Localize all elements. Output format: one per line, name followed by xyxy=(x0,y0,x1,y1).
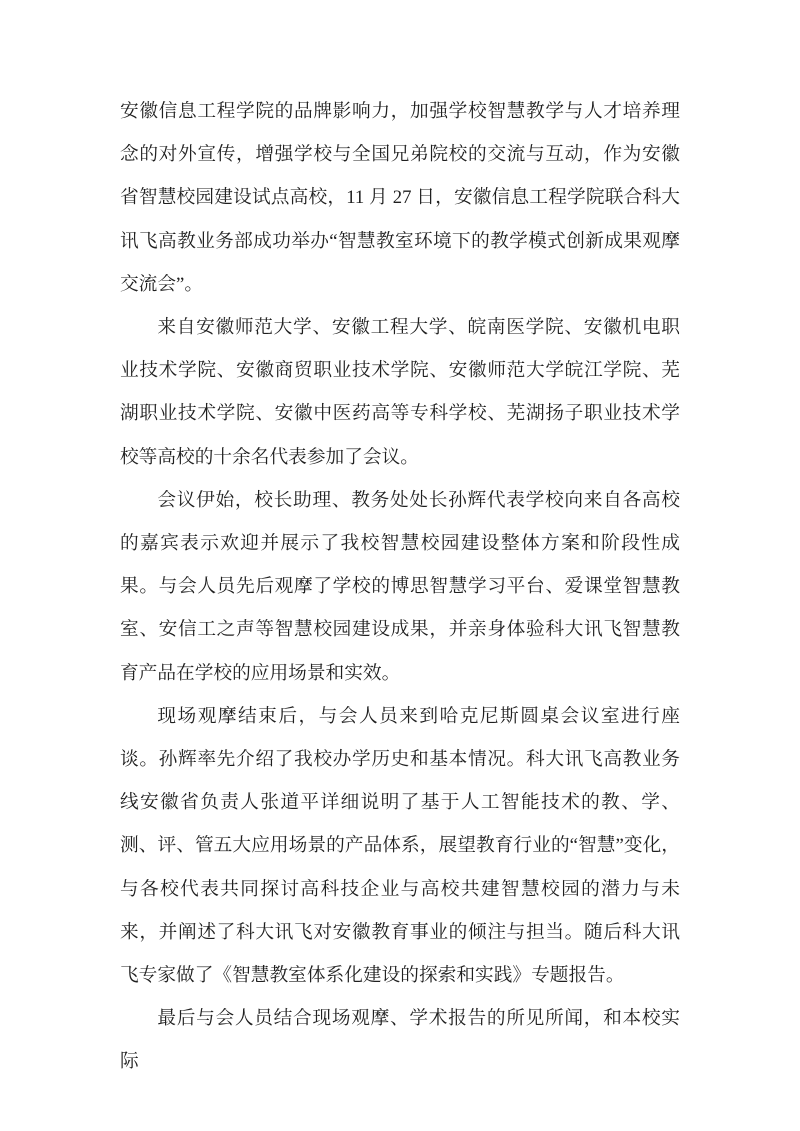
paragraph-2: 来自安徽师范大学、安徽工程大学、皖南医学院、安徽机电职业技术学院、安徽商贸职业技… xyxy=(120,306,680,479)
document-page: 安徽信息工程学院的品牌影响力，加强学校智慧教学与人才培养理念的对外宣传，增强学校… xyxy=(0,0,800,1131)
paragraph-3: 会议伊始，校长助理、教务处处长孙辉代表学校向来自各高校的嘉宾表示欢迎并展示了我校… xyxy=(120,479,680,695)
paragraph-4: 现场观摩结束后，与会人员来到哈克尼斯圆桌会议室进行座谈。孙辉率先介绍了我校办学历… xyxy=(120,695,680,997)
paragraph-1: 安徽信息工程学院的品牌影响力，加强学校智慧教学与人才培养理念的对外宣传，增强学校… xyxy=(120,90,680,306)
paragraph-5: 最后与会人员结合现场观摩、学术报告的所见所闻，和本校实际 xyxy=(120,997,680,1083)
